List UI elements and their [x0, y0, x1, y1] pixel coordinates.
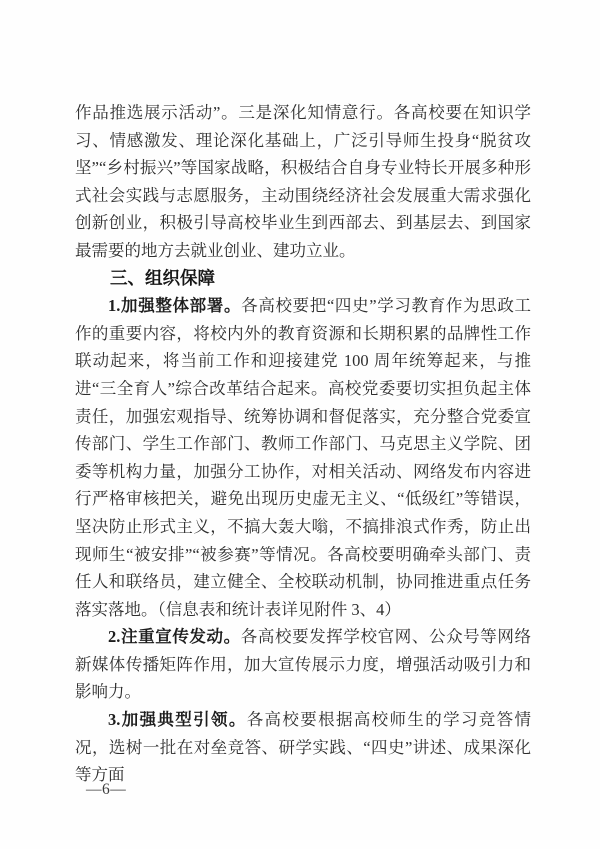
- paragraph-continuation: 作品推选展示活动”。三是深化知情意行。各高校要在知识学习、情感激发、理论深化基础…: [75, 99, 531, 265]
- paragraph-item-1: 1.加强整体部署。各高校要把“四史”学习教育作为思政工作的重要内容，将校内外的教…: [75, 292, 531, 623]
- text-run-emphasis: 三是深化知情意行。: [238, 103, 393, 122]
- text-run: 各高校要在知识学习、情感激发、理论深化基础上，广泛引导师生投身“脱贫攻坚”“乡村…: [75, 103, 531, 260]
- paragraph-item-3: 3.加强典型引领。各高校要根据高校师生的学习竞答情况，选树一批在对垒竞答、研学实…: [75, 706, 531, 789]
- paragraph-item-2: 2.注重宣传发动。各高校要发挥学校官网、公众号等网络新媒体传播矩阵作用，加大宣传…: [75, 623, 531, 706]
- item-lead-in: 3.加强典型引领。: [108, 710, 247, 729]
- item-lead-in: 2.注重宣传发动。: [108, 627, 241, 646]
- section-heading: 三、组织保障: [75, 265, 531, 293]
- page-number: —6—: [86, 781, 126, 799]
- document-body: 作品推选展示活动”。三是深化知情意行。各高校要在知识学习、情感激发、理论深化基础…: [75, 99, 531, 789]
- document-page: 作品推选展示活动”。三是深化知情意行。各高校要在知识学习、情感激发、理论深化基础…: [0, 0, 600, 849]
- item-lead-in: 1.加强整体部署。: [108, 296, 241, 315]
- section-heading-text: 三、组织保障: [110, 268, 215, 288]
- text-run: 作品推选展示活动”。: [75, 103, 238, 122]
- text-run: 各高校要把“四史”学习教育作为思政工作的重要内容，将校内外的教育资源和长期积累的…: [75, 296, 531, 619]
